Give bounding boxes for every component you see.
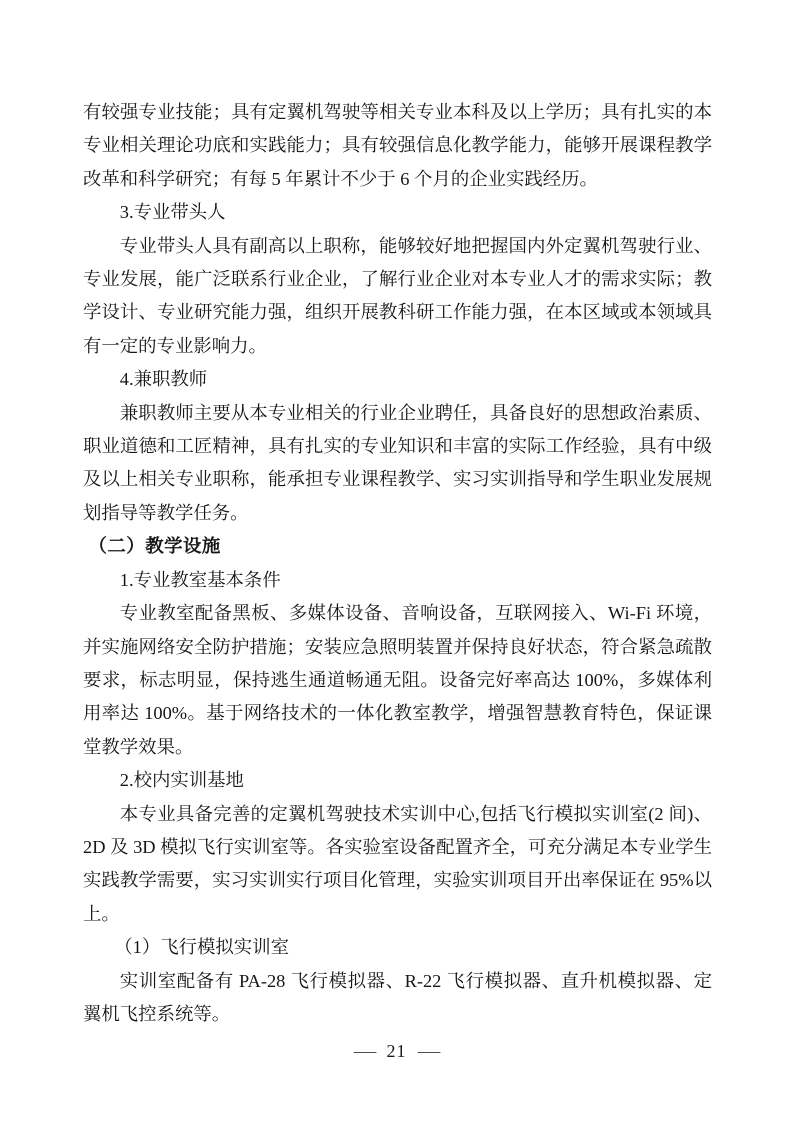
heading-campus-training-base: 2.校内实训基地 — [83, 764, 712, 797]
footer-right-dash: — — [417, 1040, 440, 1062]
document-page: 有较强专业技能；具有定翼机驾驶等相关专业本科及以上学历；具有扎实的本专业相关理论… — [0, 0, 793, 1122]
footer-left-dash: — — [353, 1040, 376, 1062]
paragraph-campus-training-base: 本专业具备完善的定翼机驾驶技术实训中心,包括飞行模拟实训室(2 间)、2D 及 … — [83, 798, 712, 932]
page-footer: —21— — [0, 1040, 793, 1062]
page-number: 21 — [387, 1040, 407, 1062]
heading-parttime-teachers: 4.兼职教师 — [83, 363, 712, 396]
heading-classroom-conditions: 1.专业教室基本条件 — [83, 564, 712, 597]
paragraph-professional-leader: 专业带头人具有副高以上职称，能够较好地把握国内外定翼机驾驶行业、专业发展，能广泛… — [83, 230, 712, 364]
section-heading-teaching-facilities: （二）教学设施 — [83, 530, 712, 563]
heading-professional-leader: 3.专业带头人 — [83, 196, 712, 229]
paragraph-classroom-conditions: 专业教室配备黑板、多媒体设备、音响设备，互联网接入、Wi-Fi 环境，并实施网络… — [83, 597, 712, 764]
paragraph-continued: 有较强专业技能；具有定翼机驾驶等相关专业本科及以上学历；具有扎实的本专业相关理论… — [83, 96, 712, 196]
paragraph-parttime-teachers: 兼职教师主要从本专业相关的行业企业聘任，具备良好的思想政治素质、职业道德和工匠精… — [83, 397, 712, 531]
heading-flight-simulation-room: （1）飞行模拟实训室 — [83, 931, 712, 964]
paragraph-flight-simulation-room: 实训室配备有 PA-28 飞行模拟器、R-22 飞行模拟器、直升机模拟器、定翼机… — [83, 965, 712, 1032]
document-body: 有较强专业技能；具有定翼机驾驶等相关专业本科及以上学历；具有扎实的本专业相关理论… — [83, 96, 712, 1031]
